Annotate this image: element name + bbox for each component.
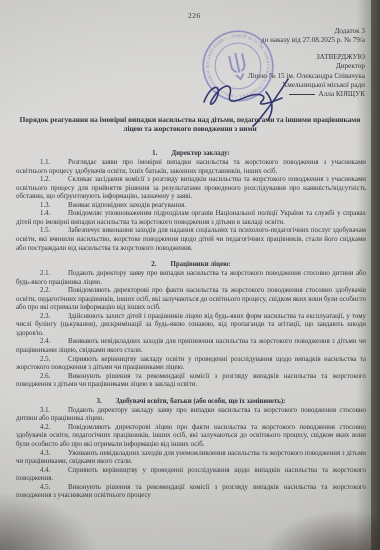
document-body: 1.Директор закладу: 1.1.Розглядає заяви …	[16, 142, 366, 501]
document-paragraph: 2.1.Подають директору заяву про випадки …	[16, 270, 366, 287]
scanned-document-page: 226 Додаток 3 до наказу від 27.08.2025 р…	[0, 0, 380, 550]
document-paragraph: 2.5.Сприяють керівництву закладу освіти …	[16, 356, 366, 373]
background-strip	[371, 0, 380, 550]
section-number: 2.	[151, 261, 156, 268]
document-paragraph: 1.2.Скликає засідання комісії з розгляду…	[16, 176, 366, 202]
section-heading-2: 2.Працівники ліцею:	[16, 261, 366, 270]
document-paragraph: 1.4.Повідомляє уповноваженим підрозділам…	[16, 210, 366, 227]
section-number: 3.	[97, 398, 102, 405]
document-paragraph: 2.4.Вживають невідкладних заходів для пр…	[16, 338, 366, 355]
document-paragraph: 2.2.Повідомляють директорові про факти н…	[16, 287, 366, 313]
document-paragraph: 2.6.Виконують рішення та рекомендації ко…	[16, 373, 366, 390]
document-paragraph: 4.3.Уживають невідкладних заходів для ун…	[16, 450, 366, 467]
document-title: Порядок реагування на імовірні випадки н…	[18, 115, 362, 134]
section-title: Директор закладу:	[171, 150, 230, 157]
section-heading-1: 1.Директор закладу:	[16, 150, 366, 159]
document-paragraph: 1.5.Забезпечує виконання заходів для над…	[16, 227, 366, 253]
document-paragraph: 4.5.Виконують рішення та рекомендації ко…	[16, 484, 366, 501]
document-paragraph: 4.2.Повідомляють директорові ліцею про ф…	[16, 424, 366, 450]
section-heading-3: 3.Здобувачі освіти, батьки (або особи, щ…	[16, 398, 366, 407]
paper-edge-shadow	[356, 0, 372, 550]
section-title: Здобувачі освіти, батьки (або особи, що …	[116, 398, 286, 405]
section-title: Працівники ліцею:	[170, 261, 230, 268]
document-paragraph: 1.1.Розглядає заяви про імовірні випадки…	[16, 159, 366, 176]
document-paragraph: 4.4.Сприяють керівництву у проведенні ро…	[16, 467, 366, 484]
document-paragraph: 3.1.Подають директору закладу заяву про …	[16, 407, 366, 424]
document-paragraph: 1.3.Вживає відповідних заходів реагуванн…	[16, 202, 366, 211]
document-paragraph: 2.3.Здійснюють захист дітей і працівникі…	[16, 313, 366, 339]
section-number: 1.	[152, 150, 157, 157]
page-number: 226	[188, 11, 201, 20]
